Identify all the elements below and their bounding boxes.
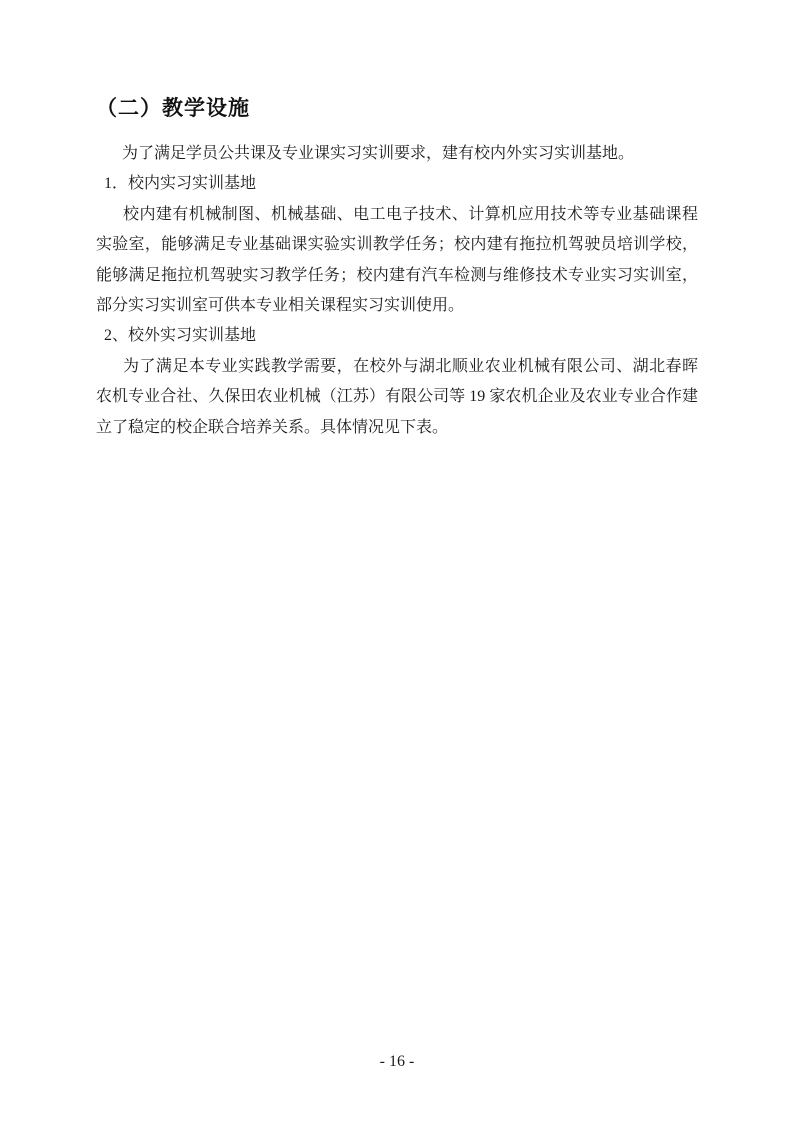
- page-footer: - 16 -: [0, 1051, 794, 1073]
- paragraph-external-base-detail: 为了满足本专业实践教学需要，在校外与湖北顺业农业机械有限公司、湖北春晖农机专业合…: [96, 352, 698, 443]
- intro-paragraph: 为了满足学员公共课及专业课实习实训要求，建有校内外实习实训基地。: [96, 139, 698, 169]
- list-item-internal-base: 1．校内实习实训基地: [96, 169, 698, 199]
- section-heading: （二）教学设施: [96, 96, 698, 122]
- paragraph-internal-base-detail: 校内建有机械制图、机械基础、电工电子技术、计算机应用技术等专业基础课程实验室，能…: [96, 200, 698, 322]
- document-content: （二）教学设施 为了满足学员公共课及专业课实习实训要求，建有校内外实习实训基地。…: [96, 96, 698, 443]
- list-item-external-base: 2、校外实习实训基地: [96, 321, 698, 351]
- document-page: （二）教学设施 为了满足学员公共课及专业课实习实训要求，建有校内外实习实训基地。…: [0, 0, 794, 1123]
- page-number: - 16 -: [380, 1053, 415, 1070]
